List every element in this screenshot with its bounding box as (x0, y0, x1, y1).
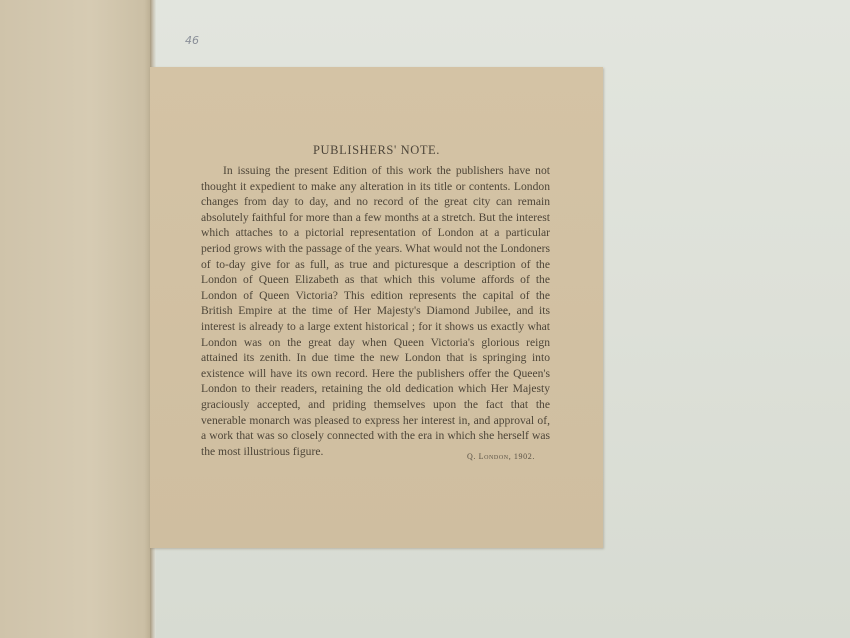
note-body: In issuing the present Edition of this w… (201, 163, 550, 459)
publishers-note-sheet: PUBLISHERS' NOTE. In issuing the present… (150, 67, 603, 548)
note-title: PUBLISHERS' NOTE. (150, 143, 603, 158)
note-paragraph: In issuing the present Edition of this w… (201, 163, 550, 459)
left-book-page (0, 0, 152, 638)
note-signature: Q. London, 1902. (467, 452, 535, 461)
pencil-page-number: 46 (185, 34, 199, 47)
